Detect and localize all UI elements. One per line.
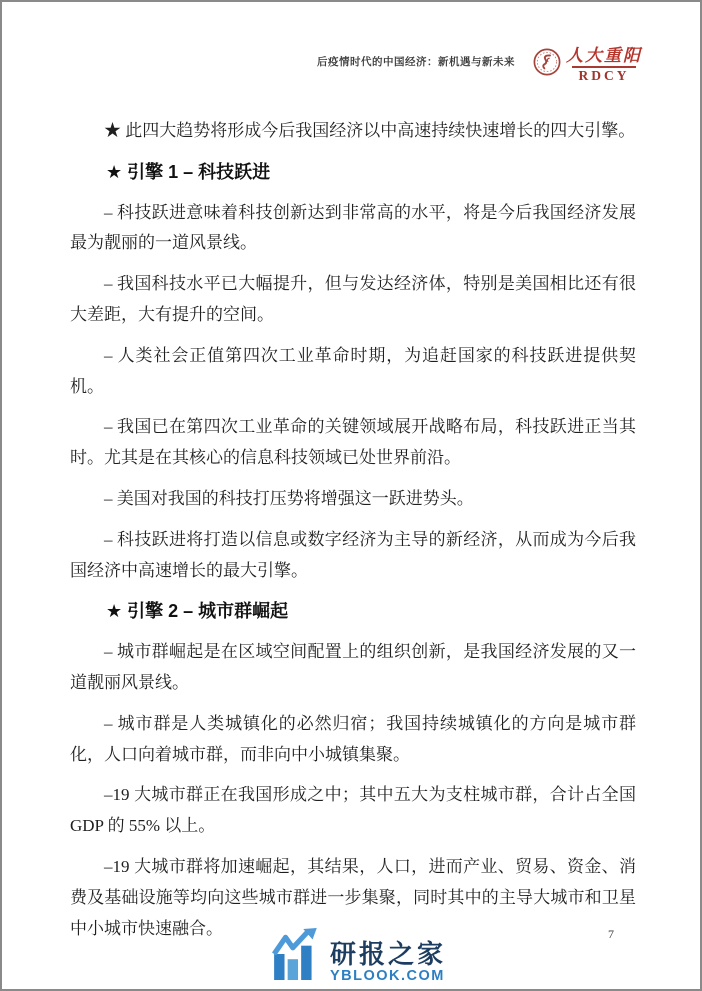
rdcy-name-acronym: RDCY (579, 69, 630, 83)
watermark-site-url: YBLOOK.COM (330, 968, 446, 985)
heading-engine-1: ★ 引擎 1 – 科技跃进 (70, 157, 636, 188)
star-summary-line: ★ 此四大趋势将形成今后我国经济以中高速持续快速增长的四大引擎。 (70, 116, 636, 147)
paragraph: –19 大城市群正在我国形成之中；其中五大为支柱城市群，合计占全国 GDP 的 … (70, 780, 636, 842)
paragraph: – 我国科技水平已大幅提升，但与发达经济体，特别是美国相比还有很大差距，大有提升… (70, 269, 636, 331)
yblook-watermark: 研报之家 YBLOOK.COM (272, 928, 446, 985)
page-header: 后疫情时代的中国经济：新机遇与新未来 人大重阳 RDCY (317, 46, 642, 83)
paragraph: – 人类社会正值第四次工业革命时期，为追赶国家的科技跃进提供契机。 (70, 341, 636, 403)
growth-chart-icon (272, 928, 322, 985)
paragraph: – 科技跃进将打造以信息或数字经济为主导的新经济，从而成为今后我国经济中高速增长… (70, 525, 636, 587)
rdcy-name-chinese: 人大重阳 (566, 46, 642, 65)
paragraph: – 城市群是人类城镇化的必然归宿；我国持续城镇化的方向是城市群化，人口向着城市群… (70, 709, 636, 771)
document-body: ★ 此四大趋势将形成今后我国经济以中高速持续快速增长的四大引擎。 ★ 引擎 1 … (70, 116, 636, 954)
watermark-text: 研报之家 YBLOOK.COM (330, 940, 446, 985)
paragraph: – 城市群崛起是在区域空间配置上的组织创新，是我国经济发展的又一道靓丽风景线。 (70, 637, 636, 699)
watermark-site-name: 研报之家 (330, 940, 446, 968)
paragraph: – 科技跃进意味着科技创新达到非常高的水平，将是今后我国经济发展最为靓丽的一道风… (70, 198, 636, 260)
rdcy-logo: 人大重阳 RDCY (533, 46, 642, 83)
heading-engine-2: ★ 引擎 2 – 城市群崛起 (70, 596, 636, 627)
paragraph: – 我国已在第四次工业革命的关键领域展开战略布局，科技跃进正当其时。尤其是在其核… (70, 412, 636, 474)
document-page: 后疫情时代的中国经济：新机遇与新未来 人大重阳 RDCY ★ 此四大趋势将形成今… (0, 0, 702, 991)
rdcy-seal-icon (533, 48, 561, 81)
paragraph: – 美国对我国的科技打压势将增强这一跃进势头。 (70, 484, 636, 515)
running-head-title: 后疫情时代的中国经济：新机遇与新未来 (317, 54, 515, 75)
page-number: 7 (608, 927, 614, 942)
rdcy-logo-text: 人大重阳 RDCY (566, 46, 642, 83)
